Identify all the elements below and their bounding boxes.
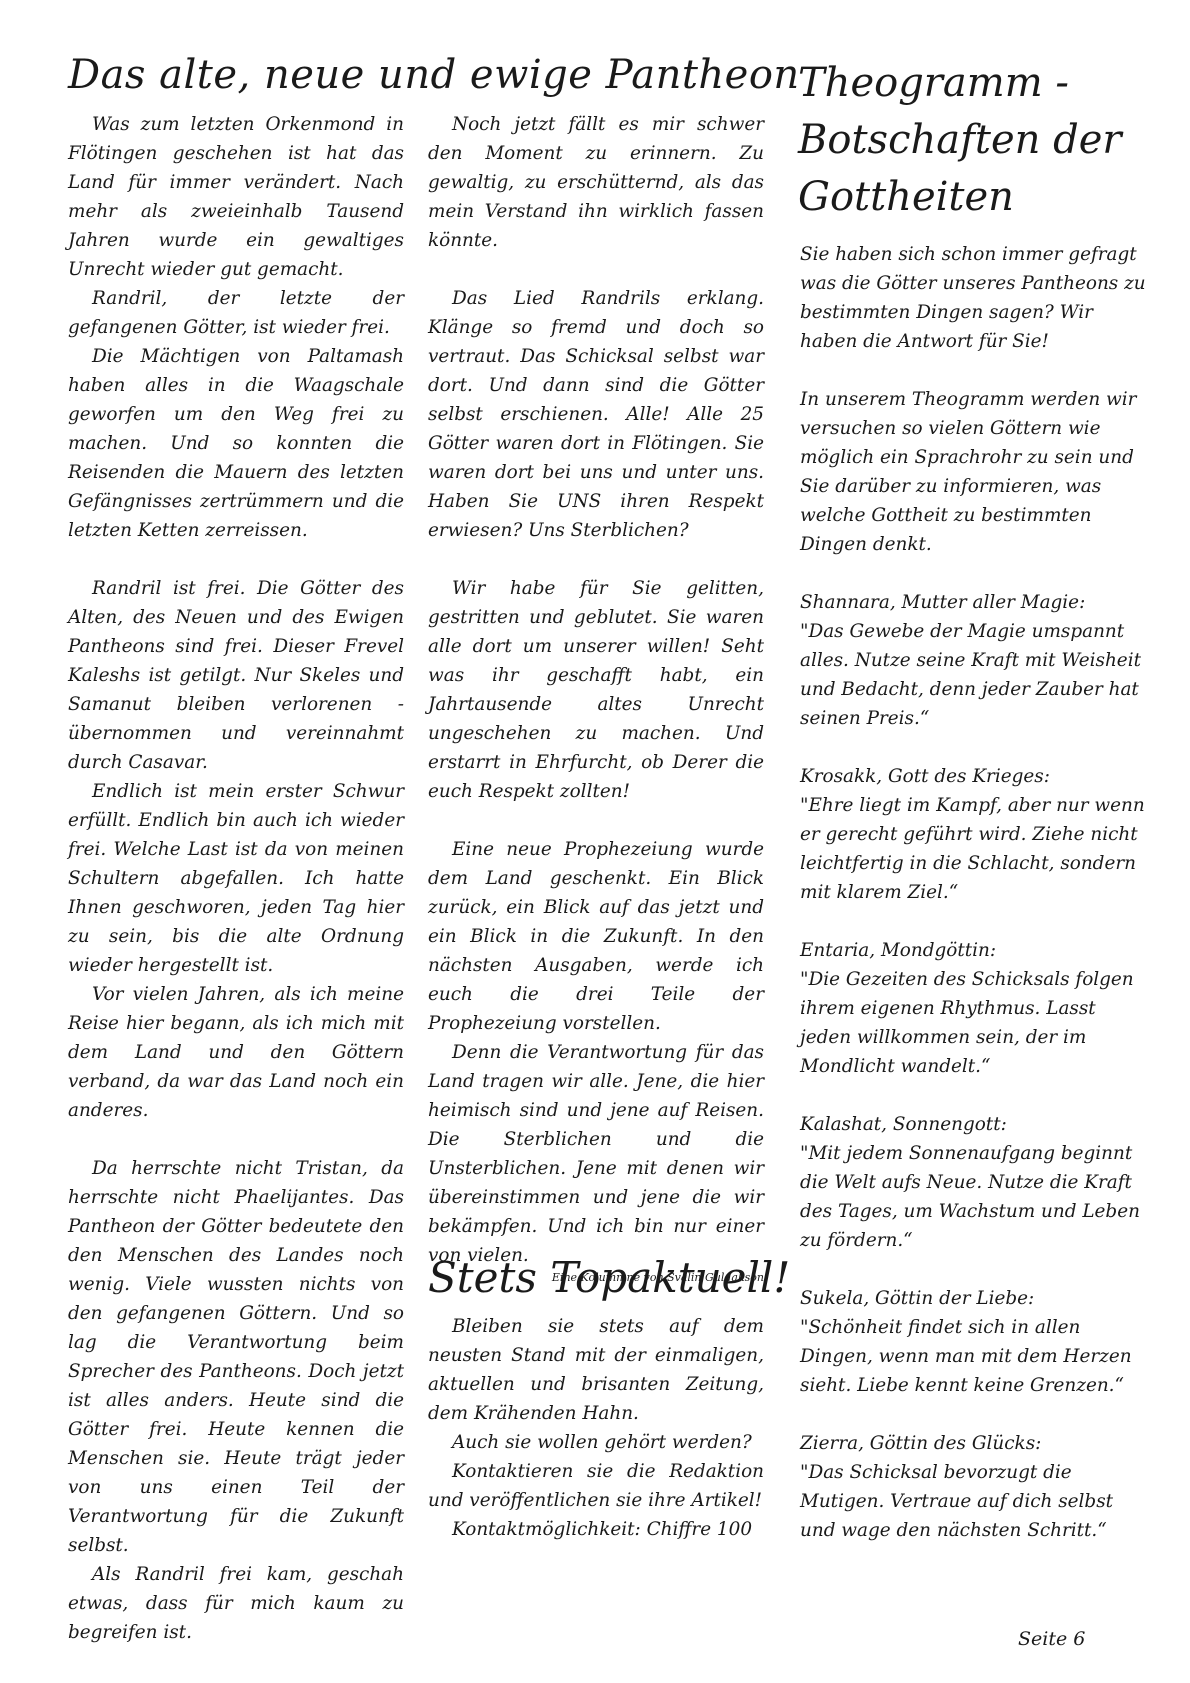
page-number: Seite 6: [1018, 1628, 1085, 1650]
paragraph: Noch jetzt fällt es mir schwer den Momen…: [428, 110, 764, 255]
deity-quote: "Mit jedem Sonnenaufgang beginnt die Wel…: [800, 1139, 1150, 1255]
ad-paragraph: Bleiben sie stets auf dem neusten Stand …: [428, 1312, 764, 1428]
paragraph: Randril ist frei. Die Götter des Alten, …: [68, 574, 404, 777]
deity-message: Krosakk, Gott des Krieges: "Ehre liegt i…: [800, 762, 1150, 907]
paragraph: Endlich ist mein erster Schwur erfüllt. …: [68, 777, 404, 980]
newspaper-page: Das alte, neue und ewige Pantheon Was zu…: [0, 0, 1190, 1683]
intro-paragraph: Sie haben sich schon immer gefragt was d…: [800, 240, 1150, 356]
paragraph: Wir habe für Sie gelitten, gestritten un…: [428, 574, 764, 806]
deity-message: Entaria, Mondgöttin: "Die Gezeiten des S…: [800, 936, 1150, 1081]
paragraph: Denn die Verantwortung für das Land trag…: [428, 1038, 764, 1270]
theogramm-intro: Sie haben sich schon immer gefragt was d…: [800, 240, 1150, 356]
main-article-column-2: Noch jetzt fällt es mir schwer den Momen…: [428, 110, 764, 1286]
deity-name: Krosakk, Gott des Krieges:: [800, 762, 1150, 791]
ad-paragraph: Kontaktieren sie die Redaktion und veröf…: [428, 1457, 764, 1515]
ad-paragraph: Auch sie wollen gehört werden?: [428, 1428, 764, 1457]
theogramm-column: Sie haben sich schon immer gefragt was d…: [800, 240, 1150, 1574]
main-article-headline: Das alte, neue und ewige Pantheon: [68, 52, 800, 98]
deity-message: Sukela, Göttin der Liebe: "Schönheit fin…: [800, 1284, 1150, 1400]
paragraph: Die Mächtigen von Paltamash haben alles …: [68, 342, 404, 545]
deity-quote: "Schönheit findet sich in allen Dingen, …: [800, 1313, 1150, 1400]
paragraph: Eine neue Prophezeiung wurde dem Land ge…: [428, 835, 764, 1038]
deity-quote: "Die Gezeiten des Schicksals folgen ihre…: [800, 965, 1150, 1081]
deity-message: Zierra, Göttin des Glücks: "Das Schicksa…: [800, 1429, 1150, 1545]
deity-name: Shannara, Mutter aller Magie:: [800, 588, 1150, 617]
paragraph: Vor vielen Jahren, als ich meine Reise h…: [68, 980, 404, 1125]
paragraph: Randril, der letzte der gefangenen Götte…: [68, 284, 404, 342]
deity-message: Kalashat, Sonnengott: "Mit jedem Sonnena…: [800, 1110, 1150, 1255]
paragraph: Da herrschte nicht Tristan, da herrschte…: [68, 1154, 404, 1560]
paragraph: Als Randril frei kam, geschah etwas, das…: [68, 1560, 404, 1647]
paragraph: Was zum letzten Orkenmond in Flötingen g…: [68, 110, 404, 284]
deity-quote: "Das Schicksal bevorzugt die Mutigen. Ve…: [800, 1458, 1150, 1545]
deity-message: Shannara, Mutter aller Magie: "Das Geweb…: [800, 588, 1150, 733]
main-article-column-1: Was zum letzten Orkenmond in Flötingen g…: [68, 110, 404, 1647]
deity-name: Entaria, Mondgöttin:: [800, 936, 1150, 965]
intro-paragraph: In unserem Theogramm werden wir versuche…: [800, 385, 1150, 559]
ad-contact: Kontaktmöglichkeit: Chiffre 100: [428, 1515, 764, 1544]
ad-headline: Stets Topaktuell!: [428, 1253, 790, 1302]
ad-body: Bleiben sie stets auf dem neusten Stand …: [428, 1312, 764, 1544]
deity-quote: "Ehre liegt im Kampf, aber nur wenn er g…: [800, 791, 1150, 907]
theogramm-intro: In unserem Theogramm werden wir versuche…: [800, 385, 1150, 559]
paragraph: Das Lied Randrils erklang. Klänge so fre…: [428, 284, 764, 545]
deity-quote: "Das Gewebe der Magie umspannt alles. Nu…: [800, 617, 1150, 733]
deity-name: Sukela, Göttin der Liebe:: [800, 1284, 1150, 1313]
deity-name: Zierra, Göttin des Glücks:: [800, 1429, 1150, 1458]
theogramm-headline: Theogramm - Botschaften der Gottheiten: [798, 55, 1138, 226]
deity-name: Kalashat, Sonnengott:: [800, 1110, 1150, 1139]
